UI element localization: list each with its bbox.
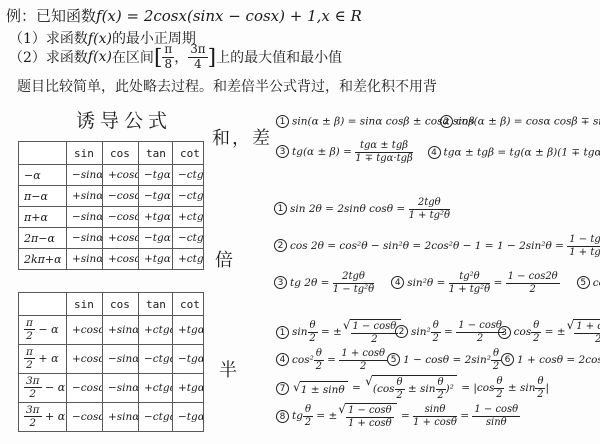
table-cell: −sinα [67,165,103,186]
column-header: cos [103,293,139,316]
table-cell: −tgα [173,402,204,431]
column-header: cot [173,293,204,316]
table-row: 3π2 + α−cosα+sinα−ctgα−tgα [19,402,204,431]
formula: 5cos²θ = 1 + cos 2θ2 [577,272,600,295]
table-cell: +tgα [173,316,204,345]
formula: 4tgα ± tgβ = tg(α ± β)(1 ∓ tgα·tgβ) [428,146,600,159]
table-cell: +cosα [103,165,139,186]
table-cell: +ctgα [173,207,204,228]
formula: 4cos²θ2 = 1 + cosθ2 [276,349,387,372]
row-label: 3π2 − α [19,373,67,402]
double-angle-formula-group: 1sin 2θ = 2sinθ cosθ = 2tgθ1 + tg²θ2cos … [274,194,600,305]
formula-row: 1sin(α ± β) = sinα cosβ ± cosα sinβ2cos(… [276,115,600,128]
table-cell: −ctgα [139,344,173,373]
table-cell: −cosα [67,373,103,402]
table-cell: −tgα [139,165,173,186]
table-row: 2kπ+α+sinα+cosα+tgα+ctgα [19,249,204,270]
problem-note: 题目比较简单，此处略去过程。和差倍半公式背过，和差化积不用背 [17,76,437,96]
formula: 2cos 2θ = cos²θ − sin²θ = 2cos²θ − 1 = 1… [274,235,600,258]
formula-row: 8tgθ2 = ±√1 − cosθ1 + cosθ = sinθ1 + cos… [276,403,600,429]
column-header: sin [67,293,103,316]
table-cell: −cosα [103,186,139,207]
formula: 51 − cosθ = 2sin²θ2 [387,349,501,372]
formula: 61 + cosθ = 2cos²θ2 [501,349,600,372]
half-angle-formula-group: 1sinθ2 = ±√1 − cosθ22sin²θ2 = 1 − cosθ23… [276,319,600,431]
formula-row: 7√1 ± sinθ = √(cosθ2 ± sinθ2)² = |cosθ2 … [276,375,600,401]
table-cell: −sinα [103,344,139,373]
table-row: π+α−sinα−cosα+tgα+ctgα [19,207,204,228]
column-header: tan [139,293,173,316]
table-cell: +cosα [103,249,139,270]
row-label: 2π−α [19,228,67,249]
table-cell: +ctgα [139,373,173,402]
row-label: π−α [19,186,67,207]
formula: 8tgθ2 = ±√1 − cosθ1 + cosθ = sinθ1 + cos… [276,403,520,429]
table-cell: +tgα [139,249,173,270]
induction-table-2: sincostancotπ2 − α+cosα+sinα+ctgα+tgαπ2 … [18,292,204,432]
table-row: 2π−α−sinα+cosα−tgα−ctgα [19,228,204,249]
table-cell: +cosα [67,344,103,373]
table-cell: −ctgα [139,402,173,431]
formula: 7√1 ± sinθ = √(cosθ2 ± sinθ2)² = |cosθ2 … [276,375,549,401]
column-header [19,142,67,165]
formula-row: 4cos²θ2 = 1 + cosθ251 − cosθ = 2sin²θ261… [276,347,600,373]
formula: 1sinθ2 = ±√1 − cosθ2 [276,319,395,345]
table-cell: −ctgα [173,186,204,207]
table-cell: +cosα [103,228,139,249]
sum-diff-formula-group: 1sin(α ± β) = sinα cosβ ± cosα sinβ2cos(… [276,115,600,164]
formula: 1sin 2θ = 2sinθ cosθ = 2tgθ1 + tg²θ [274,198,450,221]
formula-row: 2cos 2θ = cos²θ − sin²θ = 2cos²θ − 1 = 1… [274,231,600,261]
table-row: −α−sinα+cosα−tgα−ctgα [19,165,204,186]
page: { "problem": { "line1": "例：已知函数@i{f(x) =… [0,0,600,444]
formula-row: 3tg(α ± β) = tgα ± tgβ1 ∓ tgα·tgβ4tgα ± … [276,141,600,164]
section-label-half: 半 [219,356,239,382]
table-cell: −cosα [103,207,139,228]
table-cell: −tgα [139,186,173,207]
table-cell: +sinα [67,249,103,270]
formula-row: 1sinθ2 = ±√1 − cosθ22sin²θ2 = 1 − cosθ23… [276,319,600,345]
table-row: π2 − α+cosα+sinα+ctgα+tgα [19,316,204,345]
section-label-double: 倍 [215,246,235,272]
table-cell: +ctgα [173,249,204,270]
row-label: 3π2 + α [19,402,67,431]
row-label: π2 − α [19,316,67,345]
table-cell: −ctgα [173,228,204,249]
table-cell: −sinα [67,228,103,249]
row-label: π2 + α [19,344,67,373]
column-header: tan [139,142,173,165]
section-label-sum-diff: 和，差 [212,124,272,150]
table-cell: +sinα [103,316,139,345]
table-cell: +tgα [173,373,204,402]
formula: 2sin²θ2 = 1 − cosθ2 [395,321,498,344]
formula: 3cosθ2 = ±√1 + cosθ2 [498,319,600,345]
column-header: cos [103,142,139,165]
column-header [19,293,67,316]
formula-row: 3tg 2θ = 2tgθ1 − tg²θ4sin²θ = tg²θ1 + tg… [274,268,600,298]
column-header: cot [173,142,204,165]
row-label: −α [19,165,67,186]
table-cell: −ctgα [173,165,204,186]
table-cell: +sinα [103,402,139,431]
table-cell: +cosα [67,316,103,345]
formula: 2cos(α ± β) = cosα cosβ ∓ sinα sinβ [440,115,600,128]
table-cell: −tgα [173,344,204,373]
table-cell: −cosα [67,402,103,431]
induction-formula-title: 诱导公式 [76,106,172,133]
table-cell: −sinα [67,207,103,228]
problem-statement: 例：已知函数f(x) = 2cosx(sinx − cosx) + 1,x ∈ … [6,5,362,26]
formula: 3tg 2θ = 2tgθ1 − tg²θ [274,272,374,295]
table-row: π−α+sinα−cosα−tgα−ctgα [19,186,204,207]
formula: 4sin²θ = tg²θ1 + tg²θ = 1 − cos2θ2 [391,272,560,295]
table-row: π2 + α+cosα−sinα−ctgα−tgα [19,344,204,373]
table-cell: +ctgα [139,316,173,345]
table-cell: −sinα [103,373,139,402]
table-row: 3π2 − α−cosα−sinα+ctgα+tgα [19,373,204,402]
header-row: sincostancot [19,142,204,165]
formula-row: 1sin 2θ = 2sinθ cosθ = 2tgθ1 + tg²θ [274,194,600,224]
formula: 1sin(α ± β) = sinα cosβ ± cosα sinβ [276,115,440,128]
formula: 3tg(α ± β) = tgα ± tgβ1 ∓ tgα·tgβ [276,141,428,164]
row-label: 2kπ+α [19,249,67,270]
induction-table-1: sincostancot−α−sinα+cosα−tgα−ctgαπ−α+sin… [18,141,204,270]
table-cell: +sinα [67,186,103,207]
column-header: sin [67,142,103,165]
row-label: π+α [19,207,67,228]
table-cell: +tgα [139,207,173,228]
header-row: sincostancot [19,293,204,316]
table-cell: −tgα [139,228,173,249]
problem-part-2: （2）求函数f(x)在区间[π8，3π4]上的最大值和最小值 [9,44,342,70]
